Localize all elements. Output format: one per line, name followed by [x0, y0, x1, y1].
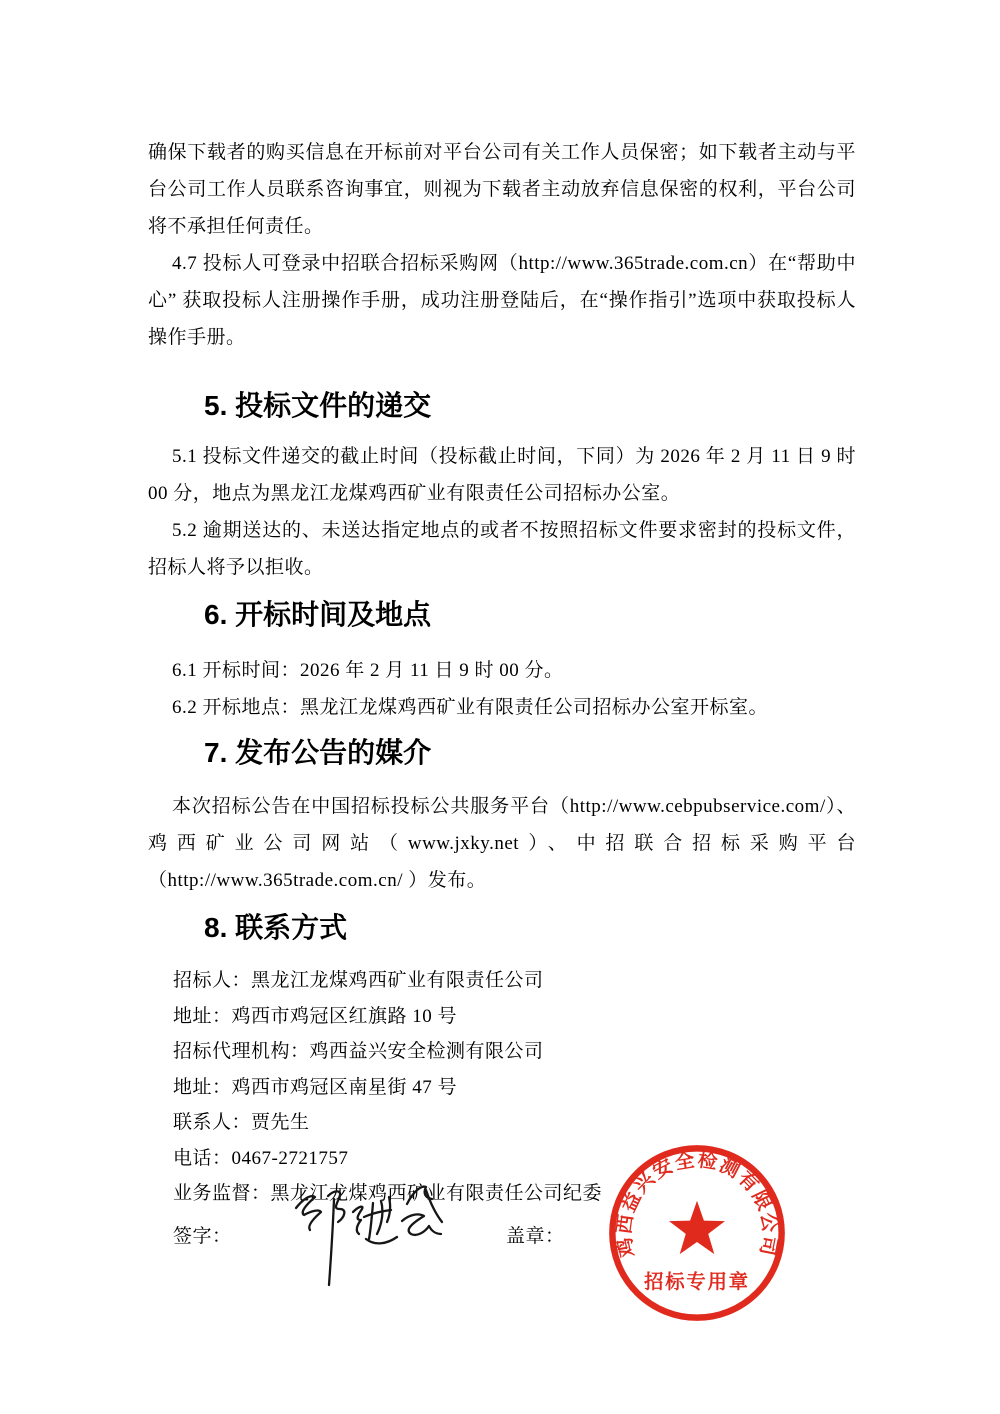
section-6-heading: 6. 开标时间及地点 — [148, 599, 856, 631]
handwritten-signature-image — [276, 1181, 454, 1299]
company-stamp: 鸡西益兴安全检测有限公司 招标专用章 — [605, 1141, 789, 1325]
paragraph-4-7: 4.7 投标人可登录中招联合招标采购网（http://www.365trade.… — [148, 245, 856, 356]
document-content: 确保下载者的购买信息在开标前对平台公司有关工作人员保密；如下载者主动与平台公司工… — [148, 134, 856, 1212]
stamp-label: 盖章： — [506, 1221, 565, 1248]
section-8-heading: 8. 联系方式 — [148, 912, 856, 944]
signature-stroke — [366, 1237, 397, 1243]
paragraph-carryover: 确保下载者的购买信息在开标前对平台公司有关工作人员保密；如下载者主动与平台公司工… — [148, 134, 856, 245]
contact-agency-address: 地址：鸡西市鸡冠区南星街 47 号 — [148, 1070, 856, 1106]
signature-stroke — [364, 1210, 391, 1217]
signature-stroke — [426, 1190, 442, 1222]
signature-stroke — [329, 1199, 334, 1285]
signature-stroke — [369, 1203, 373, 1239]
signature-stroke — [402, 1214, 441, 1234]
paragraph-7-announcement: 本次招标公告在中国招标投标公共服务平台（http://www.cebpubser… — [148, 788, 856, 899]
section-5-heading: 5. 投标文件的递交 — [148, 390, 856, 422]
contact-tenderer: 招标人：黑龙江龙煤鸡西矿业有限责任公司 — [148, 963, 856, 999]
paragraph-5-1: 5.1 投标文件递交的截止时间（投标截止时间，下同）为 2026 年 2 月 1… — [148, 438, 856, 512]
signature-stroke — [353, 1207, 362, 1234]
signature-stroke — [377, 1201, 382, 1234]
paragraph-6-1: 6.1 开标时间：2026 年 2 月 11 日 9 时 00 分。 — [148, 652, 856, 689]
document-page: 确保下载者的购买信息在开标前对平台公司有关工作人员保密；如下载者主动与平台公司工… — [0, 0, 1000, 1414]
contact-agency: 招标代理机构：鸡西益兴安全检测有限公司 — [148, 1034, 856, 1070]
signature-label: 签字： — [173, 1221, 232, 1248]
signature-stroke — [328, 1191, 344, 1222]
signature-stroke — [296, 1196, 321, 1230]
paragraph-5-2: 5.2 逾期送达的、未送达指定地点的或者不按照招标文件要求密封的投标文件，招标人… — [148, 512, 856, 586]
section-7-heading: 7. 发布公告的媒介 — [148, 737, 856, 769]
stamp-star-icon — [669, 1201, 725, 1254]
paragraph-6-2: 6.2 开标地点：黑龙江龙煤鸡西矿业有限责任公司招标办公室开标室。 — [148, 689, 856, 726]
contact-tenderer-address: 地址：鸡西市鸡冠区红旗路 10 号 — [148, 999, 856, 1035]
contact-person: 联系人：贾先生 — [148, 1105, 856, 1141]
stamp-caption-text: 招标专用章 — [644, 1270, 750, 1293]
